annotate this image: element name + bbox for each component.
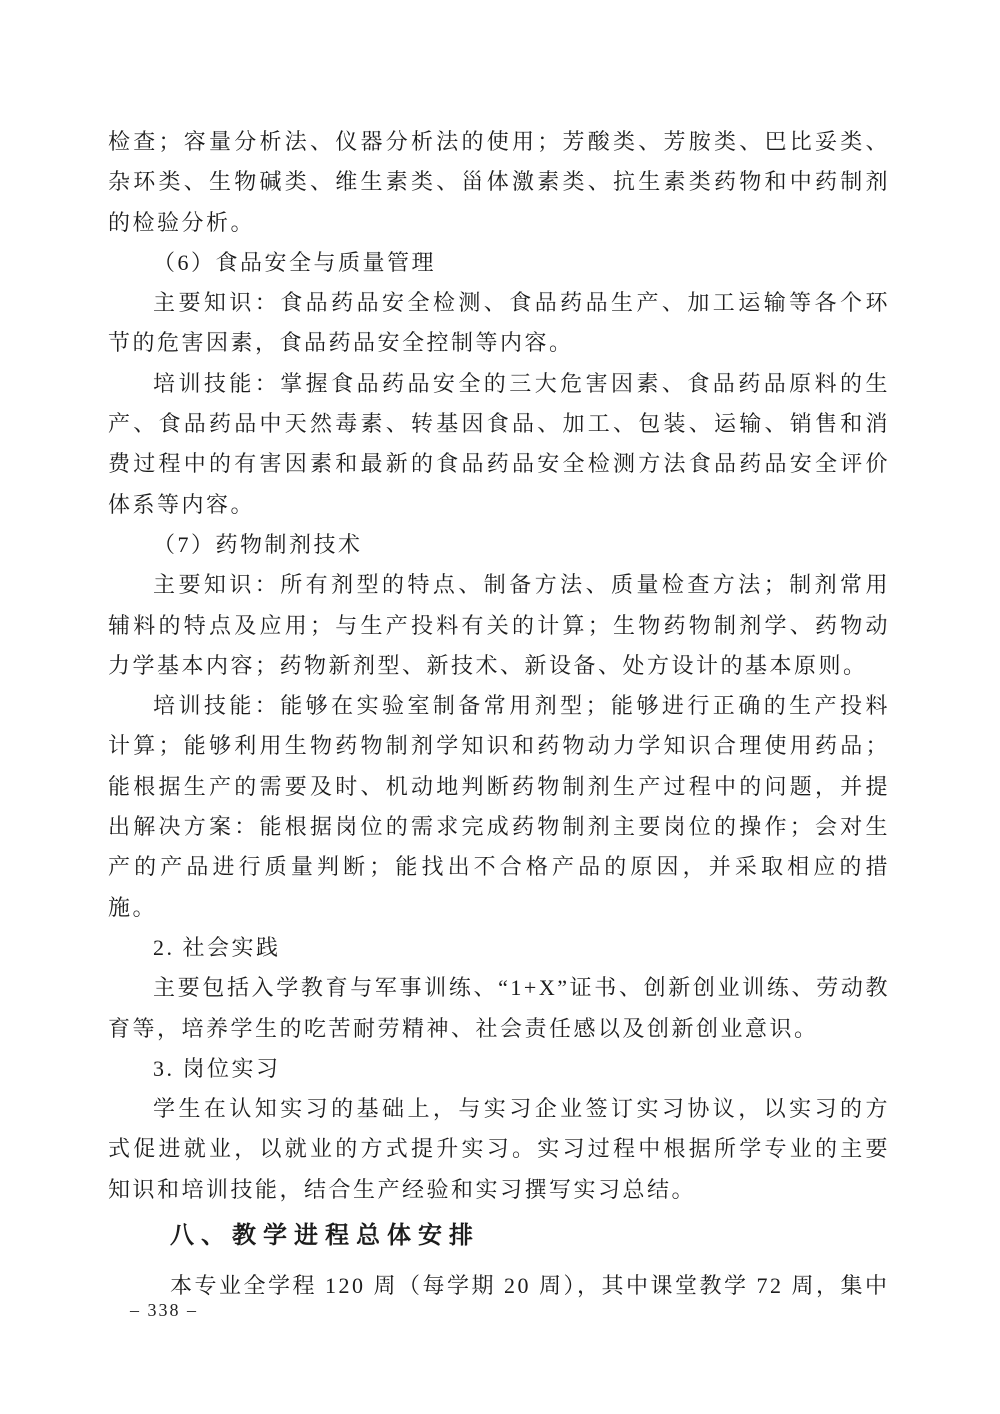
text-line: （6）食品安全与质量管理 <box>108 243 890 283</box>
text-line: 体系等内容。 <box>108 485 890 525</box>
text-line: 产的产品进行质量判断；能找出不合格产品的原因，并采取相应的措施。 <box>108 847 890 928</box>
text-line: （7）药物制剂技术 <box>108 525 890 565</box>
text-line: 杂环类、生物碱类、维生素类、甾体激素类、抗生素类药物和中药制剂 <box>108 162 890 202</box>
text-line: 知识和培训技能，结合生产经验和实习撰写实习总结。 <box>108 1170 890 1210</box>
text-line: 能根据生产的需要及时、机动地判断药物制剂生产过程中的问题，并提 <box>108 767 890 807</box>
text-line: 检查；容量分析法、仪器分析法的使用；芳酸类、芳胺类、巴比妥类、 <box>108 122 890 162</box>
body-text-block: 检查；容量分析法、仪器分析法的使用；芳酸类、芳胺类、巴比妥类、 杂环类、生物碱类… <box>108 122 890 1306</box>
text-line: 的检验分析。 <box>108 203 890 243</box>
text-line: 主要知识：所有剂型的特点、制备方法、质量检查方法；制剂常用 <box>108 565 890 605</box>
text-line: 节的危害因素，食品药品安全控制等内容。 <box>108 323 890 363</box>
text-line: 力学基本内容；药物新剂型、新技术、新设备、处方设计的基本原则。 <box>108 646 890 686</box>
text-line: 产、食品药品中天然毒素、转基因食品、加工、包装、运输、销售和消 <box>108 404 890 444</box>
text-line: 计算；能够利用生物药物制剂学知识和药物动力学知识合理使用药品； <box>108 726 890 766</box>
text-line: 式促进就业，以就业的方式提升实习。实习过程中根据所学专业的主要 <box>108 1129 890 1169</box>
text-line: 育等，培养学生的吃苦耐劳精神、社会责任感以及创新创业意识。 <box>108 1009 890 1049</box>
document-page: 检查；容量分析法、仪器分析法的使用；芳酸类、芳胺类、巴比妥类、 杂环类、生物碱类… <box>0 0 1000 1414</box>
list-item-social-practice: 2. 社会实践 <box>108 928 890 968</box>
text-line: 主要包括入学教育与军事训练、“1+X”证书、创新创业训练、劳动教 <box>108 968 890 1008</box>
text-line: 培训技能：掌握食品药品安全的三大危害因素、食品药品原料的生 <box>108 364 890 404</box>
text-line: 学生在认知实习的基础上，与实习企业签订实习协议，以实习的方 <box>108 1089 890 1129</box>
text-line: 本专业全学程 120 周（每学期 20 周），其中课堂教学 72 周，集中 <box>108 1266 890 1306</box>
page-number: – 338 – <box>130 1300 198 1321</box>
list-item-post-internship: 3. 岗位实习 <box>108 1049 890 1089</box>
section-heading: 八、教学进程总体安排 <box>108 1214 890 1258</box>
text-line: 辅料的特点及应用；与生产投料有关的计算；生物药物制剂学、药物动 <box>108 606 890 646</box>
text-line: 费过程中的有害因素和最新的食品药品安全检测方法食品药品安全评价 <box>108 444 890 484</box>
text-line: 主要知识：食品药品安全检测、食品药品生产、加工运输等各个环 <box>108 283 890 323</box>
text-line: 出解决方案：能根据岗位的需求完成药物制剂主要岗位的操作；会对生 <box>108 807 890 847</box>
text-line: 培训技能：能够在实验室制备常用剂型；能够进行正确的生产投料 <box>108 686 890 726</box>
